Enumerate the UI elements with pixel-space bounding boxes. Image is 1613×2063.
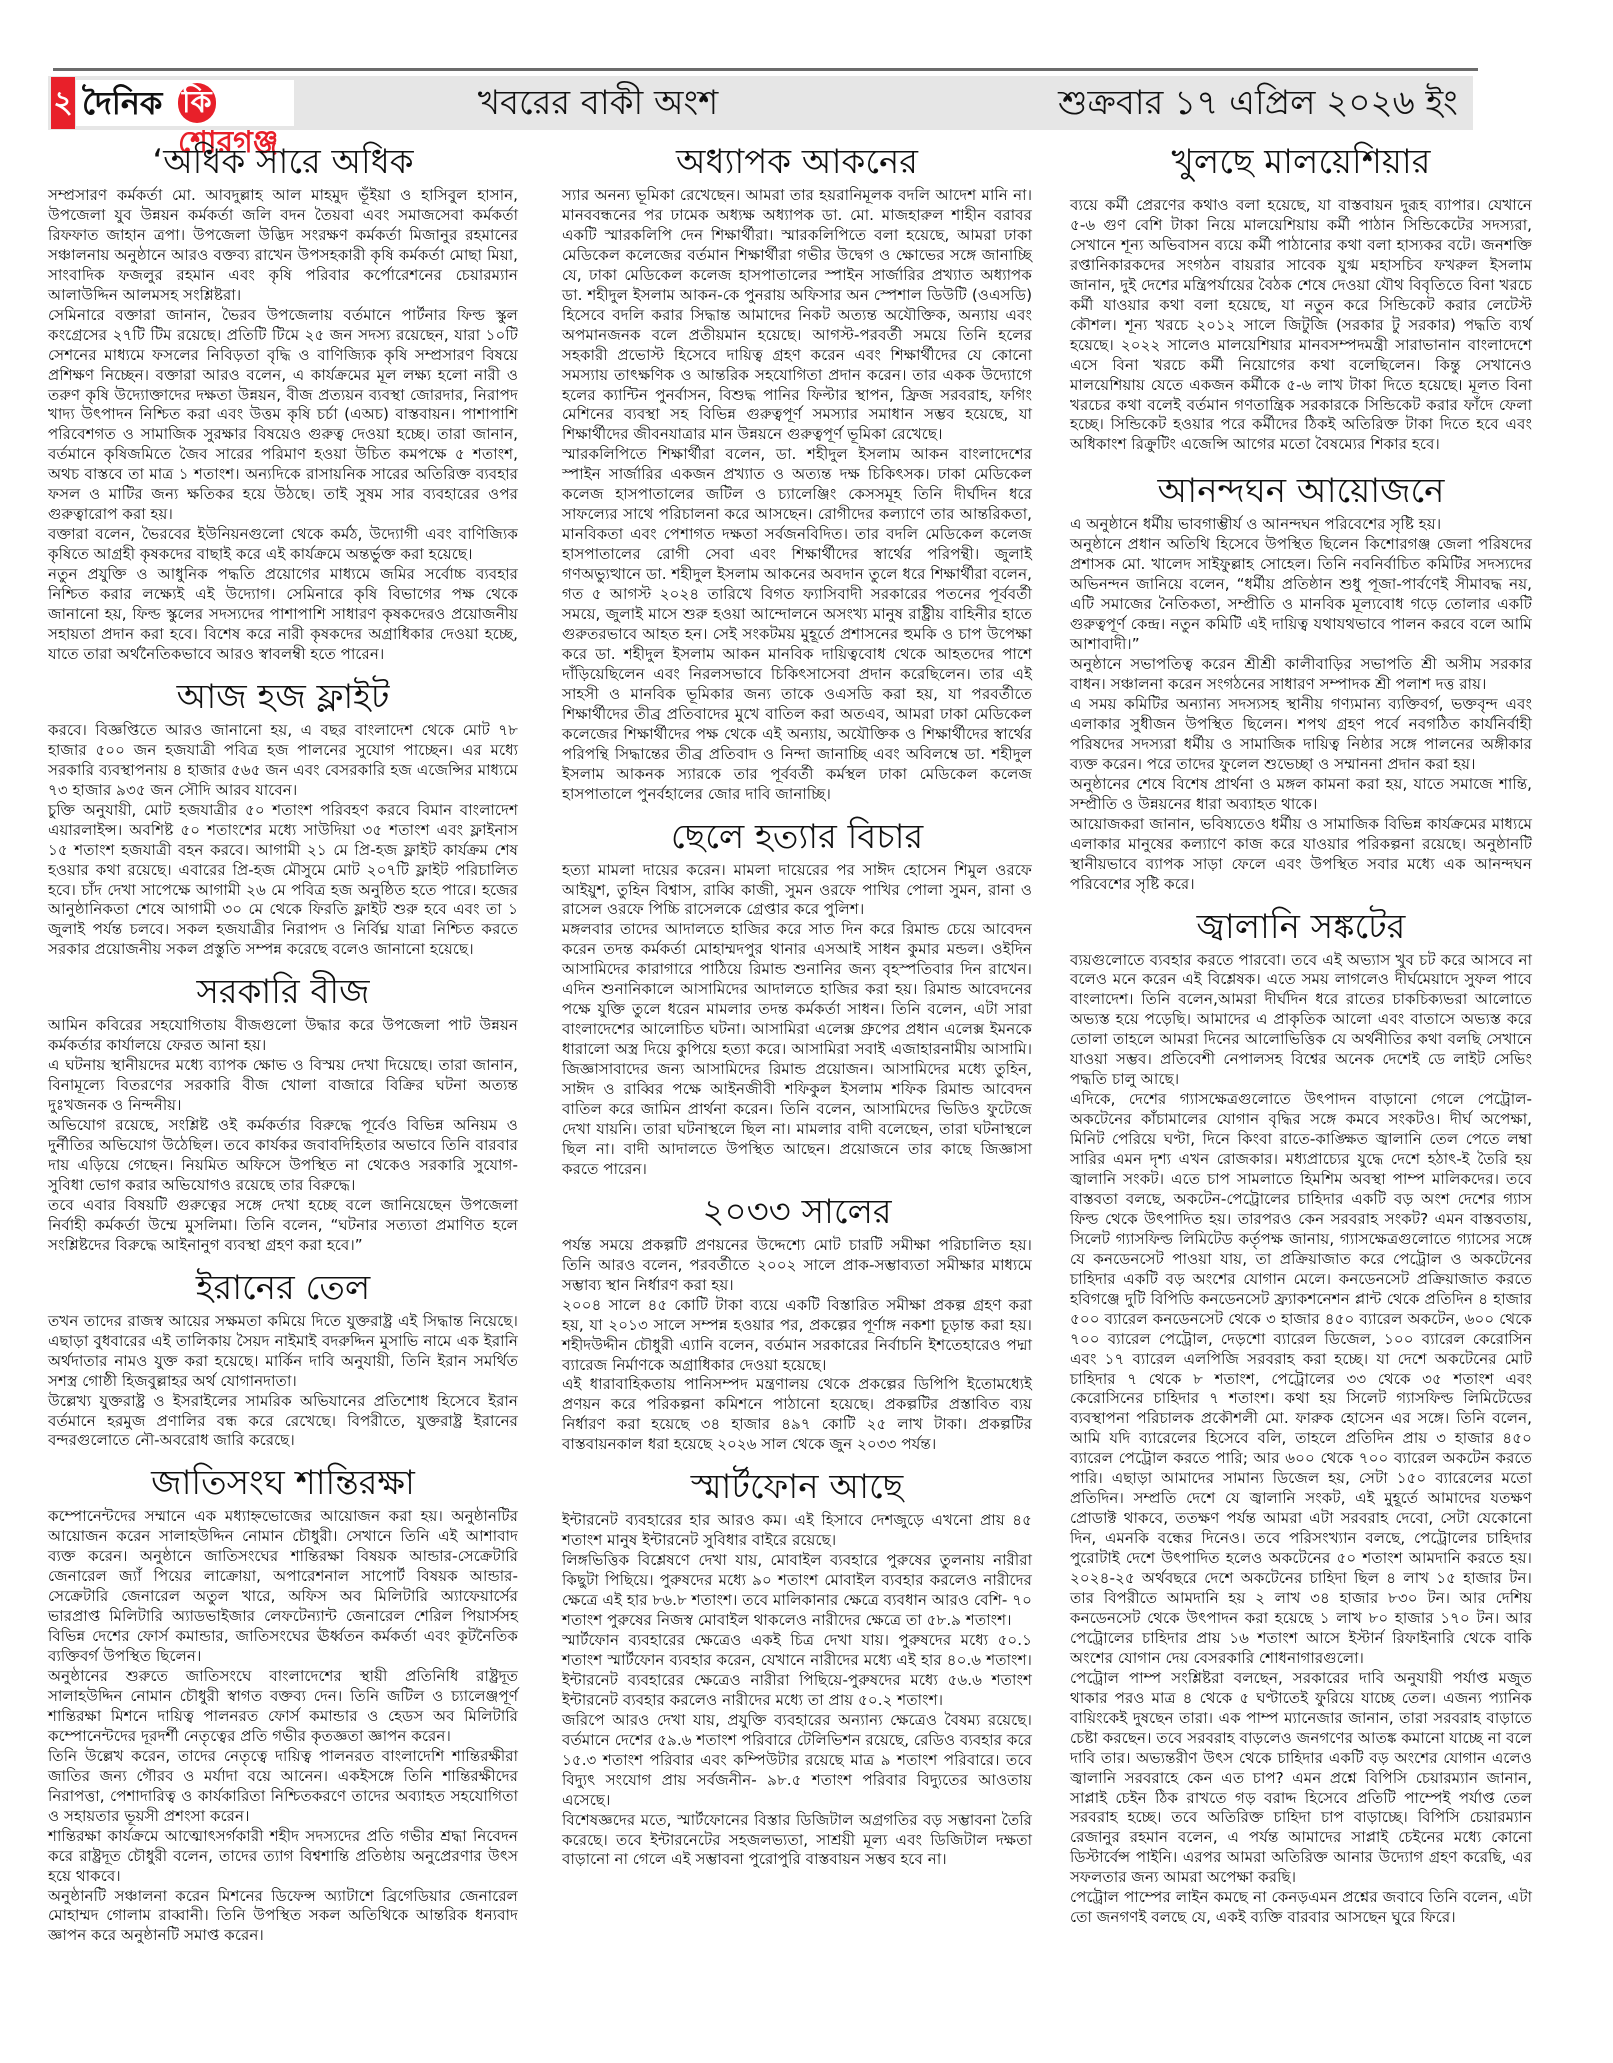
article-paragraph: এ ঘটনায় স্থানীয়দের মধ্যে ব্যাপক ক্ষোভ … bbox=[48, 1056, 518, 1116]
article-paragraph: অনুষ্ঠানে সভাপতিত্ব করেন শ্রীশ্রী কালীবা… bbox=[1070, 655, 1532, 695]
article-paragraph: নতুন প্রযুক্তি ও আধুনিক পদ্ধতি প্রয়োগের… bbox=[48, 565, 518, 665]
article: জ্বালানি সঙ্কটের ব্যয়গুলোতে ব্যবহার করত… bbox=[1070, 905, 1532, 1929]
article-paragraph: কম্পোনেন্টদের সম্মানে এক মধ্যাহ্নভোজের আ… bbox=[48, 1507, 518, 1667]
article-paragraph: বিশেষজ্ঞদের মতে, স্মার্টফোনের বিস্তার ডি… bbox=[562, 1811, 1032, 1871]
article-paragraph: তবে এবার বিষয়টি গুরুত্বের সঙ্গে দেখা হচ… bbox=[48, 1196, 518, 1256]
article-paragraph: অনুষ্ঠানে প্রধান অতিথি হিসেবে উপস্থিত ছি… bbox=[1070, 535, 1532, 655]
column-3: খুলছে মালয়েশিয়ার ব্যয়ে কর্মী প্রেরণের… bbox=[1070, 140, 1532, 1928]
article-headline: জাতিসংঘ শান্তিরক্ষা bbox=[48, 1461, 518, 1505]
section-title: খবরের বাকী অংশ bbox=[418, 76, 778, 130]
article-paragraph: আমিন কবিরের সহযোগিতায় বীজগুলো উদ্ধার কর… bbox=[48, 1016, 518, 1056]
article-paragraph: পেট্রোল পাম্পের লাইন কমছে না কেনড়এমন প্… bbox=[1070, 1888, 1532, 1928]
article-paragraph: ইন্টারনেট ব্যবহারের হার আরও কম। এই হিসাব… bbox=[562, 1511, 1032, 1551]
article-paragraph: ব্যয়ে কর্মী প্রেরণের কথাও বলা হয়েছে, য… bbox=[1070, 196, 1532, 455]
article-paragraph: পর্যন্ত সময়ে প্রকল্পটি প্রণয়নের উদ্দেশ… bbox=[562, 1236, 1032, 1296]
article: ইরানের তেল তখন তাদের রাজস্ব আয়ের সক্ষমত… bbox=[48, 1266, 518, 1452]
article-headline: ছেলে হত্যার বিচার bbox=[562, 815, 1032, 859]
article-paragraph: সেমিনারে বক্তারা জানান, ভৈরব উপজেলায় বর… bbox=[48, 306, 518, 525]
article-paragraph: জরিপে আরও দেখা যায়, প্রযুক্তি ব্যবহারের… bbox=[562, 1711, 1032, 1811]
column-2: অধ্যাপক আকনের স্যার অনন্য ভূমিকা রেখেছেন… bbox=[562, 140, 1032, 1870]
article-headline: আজ হজ ফ্লাইট bbox=[48, 675, 518, 719]
article-paragraph: অনুষ্ঠানটি সঞ্চালনা করেন মিশনের ডিফেন্স … bbox=[48, 1887, 518, 1947]
article: সরকারি বীজ আমিন কবিরের সহযোগিতায় বীজগুল… bbox=[48, 970, 518, 1255]
article-paragraph: তখন তাদের রাজস্ব আয়ের সক্ষমতা কমিয়ে দি… bbox=[48, 1312, 518, 1392]
page-number: ২ bbox=[51, 77, 75, 129]
article-paragraph: অনুষ্ঠানের শেষে বিশেষ প্রার্থনা ও মঙ্গল … bbox=[1070, 775, 1532, 815]
top-rule bbox=[53, 68, 1478, 71]
article-paragraph: চুক্তি অনুযায়ী, মোট হজযাত্রীর ৫০ শতাংশ … bbox=[48, 801, 518, 961]
article-paragraph: করবে। বিজ্ঞপ্তিতে আরও জানানো হয়, এ বছর … bbox=[48, 721, 518, 801]
masthead: ২ দৈনিক কিশোরগঞ্জ খবরের বাকী অংশ শুক্রবা… bbox=[48, 76, 1473, 130]
article-paragraph: বক্তারা বলেন, ভৈরবের ইউনিয়নগুলো থেকে কর… bbox=[48, 525, 518, 565]
article-headline: জ্বালানি সঙ্কটের bbox=[1070, 905, 1532, 949]
article-paragraph: স্যার অনন্য ভূমিকা রেখেছেন। আমরা তার হয়… bbox=[562, 186, 1032, 445]
logo-name-first: কি bbox=[178, 83, 216, 123]
issue-date: শুক্রবার ১৭ এপ্রিল ২০২৬ ইং bbox=[1058, 76, 1458, 130]
article: স্মার্টফোন আছে ইন্টারনেট ব্যবহারের হার আ… bbox=[562, 1465, 1032, 1870]
article-paragraph: অনুষ্ঠানের শুরুতে জাতিসংঘে বাংলাদেশের স্… bbox=[48, 1667, 518, 1747]
article-paragraph: স্মারকলিপিতে শিক্ষার্থীরা বলেন, ডা. শহীদ… bbox=[562, 445, 1032, 804]
article-paragraph: এদিকে, দেশের গ্যাসক্ষেত্রগুলোতে উৎপাদন ব… bbox=[1070, 1090, 1532, 1669]
article-paragraph: স্মার্টফোন ব্যবহারের ক্ষেত্রেও একই চিত্র… bbox=[562, 1631, 1032, 1711]
article-paragraph: এই ধারাবাহিকতায় পানিসম্পদ মন্ত্রণালয় থ… bbox=[562, 1375, 1032, 1455]
article-paragraph: তিনি উল্লেখ করেন, তাদের নেতৃত্বে দায়িত্… bbox=[48, 1747, 518, 1827]
logo-name: কিশোরগঞ্জ bbox=[172, 83, 294, 123]
logo-prefix: দৈনিক bbox=[82, 80, 162, 126]
article-paragraph: শান্তিরক্ষা কার্যক্রমে আত্মোৎসর্গকারী শহ… bbox=[48, 1827, 518, 1887]
article-headline: ইরানের তেল bbox=[48, 1266, 518, 1310]
article-paragraph: মঙ্গলবার তাদের আদালতে হাজির করে সাত দিন … bbox=[562, 920, 1032, 1179]
article-paragraph: এ অনুষ্ঠানে ধর্মীয় ভাবগাম্ভীর্য ও আনন্দ… bbox=[1070, 515, 1532, 535]
article-paragraph: হত্যা মামলা দায়ের করেন। মামলা দায়েরের … bbox=[562, 861, 1032, 921]
article-headline: ২০৩৩ সালের bbox=[562, 1190, 1032, 1234]
article-paragraph: এ সময় কমিটির অন্যান্য সদস্যসহ স্থানীয় … bbox=[1070, 695, 1532, 775]
article: আনন্দঘন আয়োজনে এ অনুষ্ঠানে ধর্মীয় ভাবগ… bbox=[1070, 469, 1532, 894]
article-headline: খুলছে মালয়েশিয়ার bbox=[1070, 140, 1532, 184]
article-paragraph: আয়োজকরা জানান, ভবিষ্যতেও ধর্মীয় ও সামা… bbox=[1070, 815, 1532, 895]
article: জাতিসংঘ শান্তিরক্ষা কম্পোনেন্টদের সম্মান… bbox=[48, 1461, 518, 1946]
article: ছেলে হত্যার বিচার হত্যা মামলা দায়ের করে… bbox=[562, 815, 1032, 1180]
article-paragraph: অভিযোগ রয়েছে, সংশ্লিষ্ট ওই কর্মকর্তার ব… bbox=[48, 1116, 518, 1196]
article-paragraph: ব্যয়গুলোতে ব্যবহার করতে পারবো। তবে এই অ… bbox=[1070, 951, 1532, 1091]
column-1: ‘অধিক সারে অধিক সম্প্রসারণ কর্মকর্তা মো.… bbox=[48, 140, 518, 1946]
article: ২০৩৩ সালের পর্যন্ত সময়ে প্রকল্পটি প্রণয… bbox=[562, 1190, 1032, 1455]
article-headline: স্মার্টফোন আছে bbox=[562, 1465, 1032, 1509]
article-headline: অধ্যাপক আকনের bbox=[562, 140, 1032, 184]
newspaper-logo[interactable]: দৈনিক কিশোরগঞ্জ bbox=[76, 80, 294, 126]
article-paragraph: উল্লেখ্য যুক্তরাষ্ট্র ও ইসরাইলের সামরিক … bbox=[48, 1392, 518, 1452]
article-paragraph: সম্প্রসারণ কর্মকর্তা মো. আবদুল্লাহ আল মা… bbox=[48, 186, 518, 306]
article-paragraph: লিঙ্গভিত্তিক বিশ্লেষণে দেখা যায়, মোবাইল… bbox=[562, 1551, 1032, 1631]
article-paragraph: ২০০৪ সালে ৪৫ কোটি টাকা ব্যয়ে একটি বিস্ত… bbox=[562, 1296, 1032, 1376]
article-headline: আনন্দঘন আয়োজনে bbox=[1070, 469, 1532, 513]
article: আজ হজ ফ্লাইট করবে। বিজ্ঞপ্তিতে আরও জানান… bbox=[48, 675, 518, 960]
article: খুলছে মালয়েশিয়ার ব্যয়ে কর্মী প্রেরণের… bbox=[1070, 140, 1532, 455]
article-headline: সরকারি বীজ bbox=[48, 970, 518, 1014]
article-headline: ‘অধিক সারে অধিক bbox=[48, 140, 518, 184]
article-paragraph: পেট্রোল পাম্প সংশ্লিষ্টরা বলছেন, সরকারের… bbox=[1070, 1669, 1532, 1888]
article: ‘অধিক সারে অধিক সম্প্রসারণ কর্মকর্তা মো.… bbox=[48, 140, 518, 665]
article: অধ্যাপক আকনের স্যার অনন্য ভূমিকা রেখেছেন… bbox=[562, 140, 1032, 805]
